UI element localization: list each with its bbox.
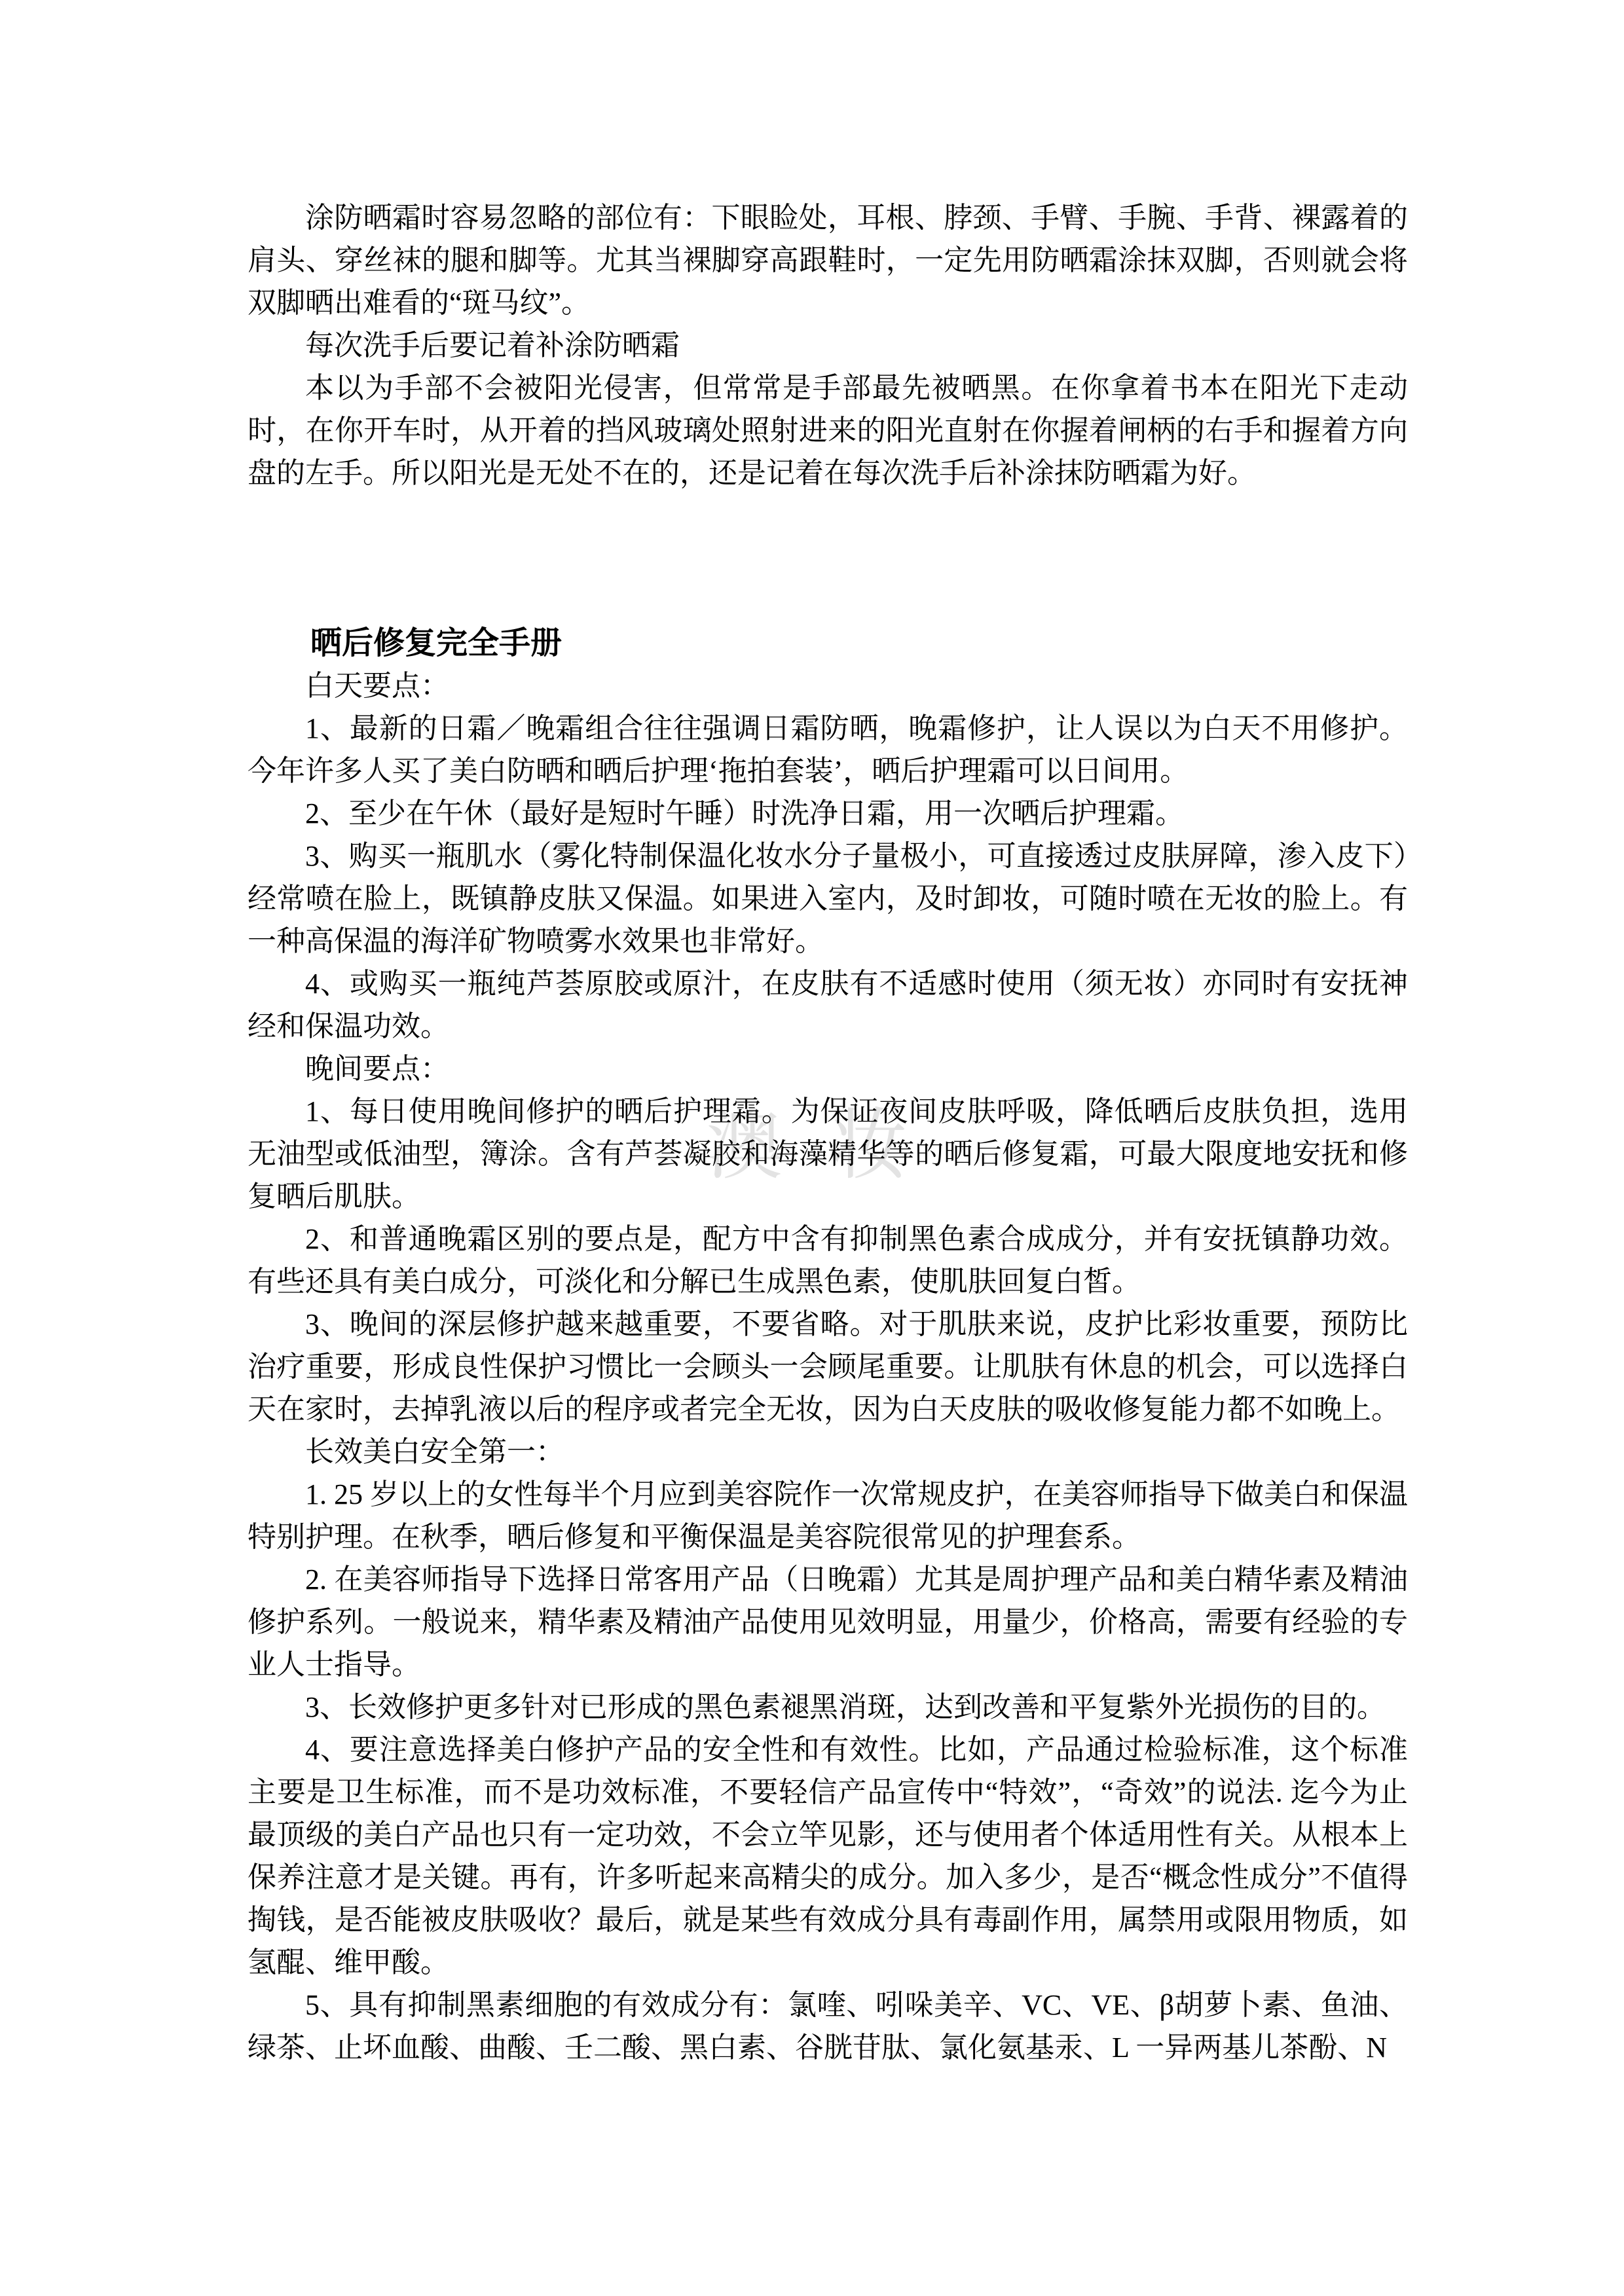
subheading-daytime-points: 白天要点： [248,665,1408,707]
paragraph-daytime-point-4: 4、或购买一瓶纯芦荟原胶或原汁，在皮肤有不适感时使用（须无妆）亦同时有安抚神经和… [248,962,1408,1048]
paragraph-rewash-reminder: 每次洗手后要记着补涂防晒霜 [248,324,1408,367]
paragraph-daytime-point-3: 3、购买一瓶肌水（雾化特制保温化妆水分子量极小，可直接透过皮肤屏障，渗入皮下）经… [248,835,1408,962]
subheading-evening-points: 晚间要点： [248,1048,1408,1090]
subheading-whitening-safety: 长效美白安全第一： [248,1430,1408,1473]
paragraph-whitening-point-1: 1. 25 岁以上的女性每半个月应到美容院作一次常规皮护，在美容师指导下做美白和… [248,1473,1408,1558]
paragraph-whitening-point-5: 5、具有抑制黑素细胞的有效成分有：氯喹、吲哚美辛、VC、VE、β胡萝卜素、鱼油、… [248,1984,1408,2069]
blank-lines-spacer [248,494,1408,622]
paragraph-whitening-point-4: 4、要注意选择美白修护产品的安全性和有效性。比如，产品通过检验标准，这个标准主要… [248,1728,1408,1984]
paragraph-whitening-point-2: 2. 在美容师指导下选择日常客用产品（日晚霜）尤其是周护理产品和美白精华素及精油… [248,1558,1408,1686]
paragraph-whitening-point-3: 3、长效修护更多针对已形成的黑色素褪黑消斑，达到改善和平复紫外光损伤的目的。 [248,1686,1408,1728]
paragraph-hands-sunlight: 本以为手部不会被阳光侵害，但常常是手部最先被晒黑。在你拿着书本在阳光下走动时，在… [248,367,1408,494]
paragraph-daytime-point-2: 2、至少在午休（最好是短时午睡）时洗净日霜，用一次晒后护理霜。 [248,792,1408,835]
paragraph-daytime-point-1: 1、最新的日霜／晚霜组合往往强调日霜防晒，晚霜修护，让人误以为白天不用修护。今年… [248,707,1408,792]
document-page: 澳妆 涂防晒霜时容易忽略的部位有：下眼睑处，耳根、脖颈、手臂、手腕、手背、裸露着… [0,0,1624,2296]
paragraph-evening-point-3: 3、晚间的深层修护越来越重要，不要省略。对于肌肤来说，皮护比彩妆重要，预防比治疗… [248,1303,1408,1430]
paragraph-evening-point-1: 1、每日使用晚间修护的晒后护理霜。为保证夜间皮肤呼吸，降低晒后皮肤负担，选用无油… [248,1090,1408,1218]
paragraph-sunscreen-spots: 涂防晒霜时容易忽略的部位有：下眼睑处，耳根、脖颈、手臂、手腕、手背、裸露着的肩头… [248,196,1408,324]
paragraph-evening-point-2: 2、和普通晚霜区别的要点是，配方中含有抑制黑色素合成成分，并有安抚镇静功效。有些… [248,1218,1408,1303]
document-body: 涂防晒霜时容易忽略的部位有：下眼睑处，耳根、脖颈、手臂、手腕、手背、裸露着的肩头… [248,196,1408,2069]
section-heading-after-sun-manual: 晒后修复完全手册 [248,622,1408,665]
